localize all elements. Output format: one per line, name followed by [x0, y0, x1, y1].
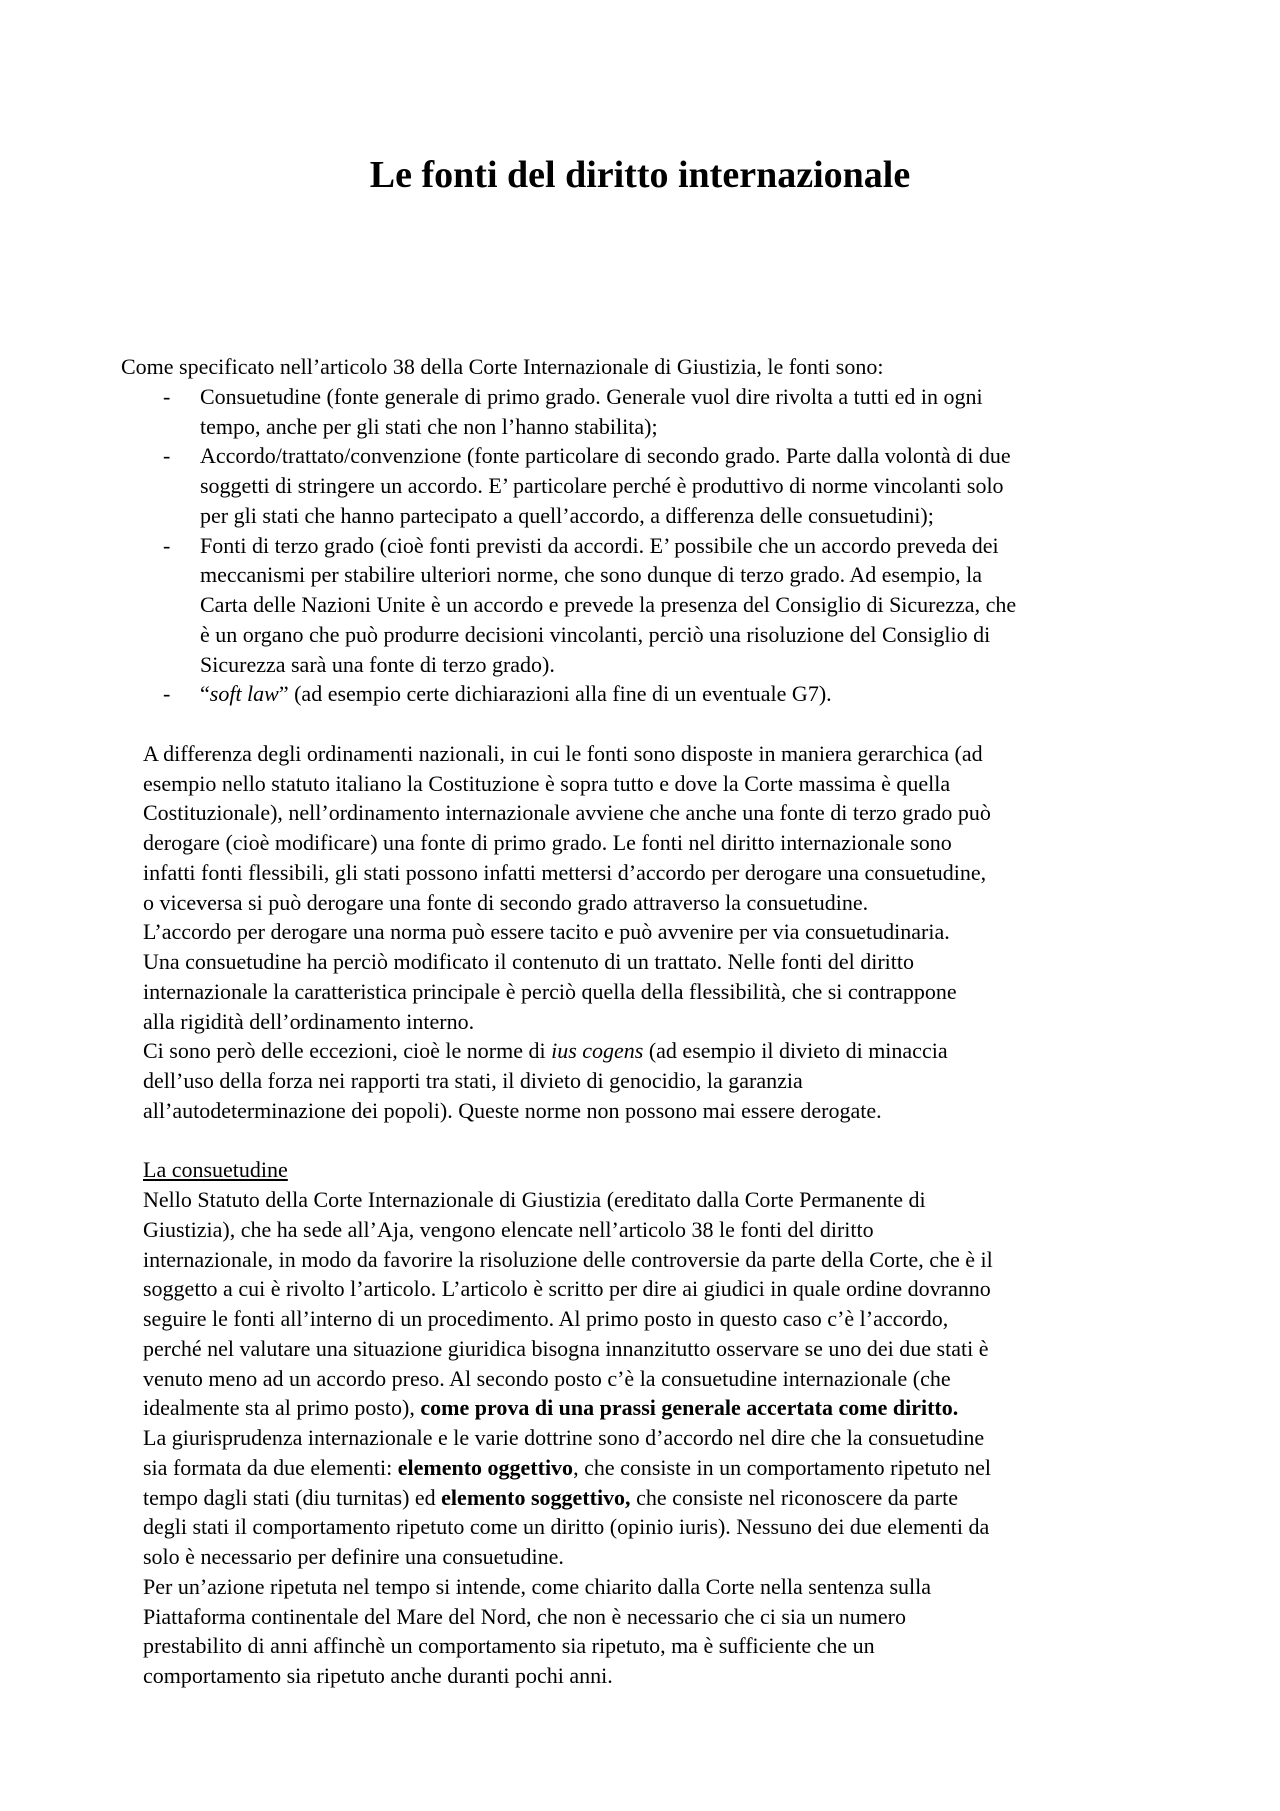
list-item-line: -Accordo/trattato/convenzione (fonte par… [200, 441, 1159, 471]
text-segment: elemento soggettivo, [441, 1485, 630, 1510]
text-line: Giustizia), che ha sede all’Aja, vengono… [143, 1215, 1159, 1245]
text-segment: Per un’azione ripetuta nel tempo si inte… [143, 1574, 931, 1599]
text-segment: soft law [210, 681, 279, 706]
text-segment: internazionale, in modo da favorire la r… [143, 1247, 993, 1272]
document-page: Le fonti del diritto internazionale Come… [0, 0, 1280, 1811]
text-line: seguire le fonti all’interno di un proce… [143, 1304, 1159, 1334]
text-segment: sia formata da due elementi: [143, 1455, 398, 1480]
text-segment: A differenza degli ordinamenti nazionali… [143, 741, 983, 766]
list-dash-marker: - [163, 441, 170, 471]
text-segment: Una consuetudine ha perciò modificato il… [143, 949, 914, 974]
list-item-line: -“soft law” (ad esempio certe dichiarazi… [200, 679, 1159, 709]
text-line: tempo dagli stati (diu turnitas) ed elem… [143, 1483, 1159, 1513]
text-line: Come specificato nell’articolo 38 della … [121, 352, 1159, 382]
text-segment: meccanismi per stabilire ulteriori norme… [200, 562, 982, 587]
text-line: Costituzionale), nell’ordinamento intern… [143, 798, 1159, 828]
text-segment: internazionale la caratteristica princip… [143, 979, 957, 1004]
text-line: solo è necessario per definire una consu… [143, 1542, 1159, 1572]
list-item-line: -Consuetudine (fonte generale di primo g… [200, 382, 1159, 412]
text-segment: (ad esempio il divieto di minaccia [643, 1038, 947, 1063]
text-line: derogare (cioè modificare) una fonte di … [143, 828, 1159, 858]
text-segment: L’accordo per derogare una norma può ess… [143, 919, 950, 944]
text-segment: Come specificato nell’articolo 38 della … [121, 354, 883, 379]
text-segment: Sicurezza sarà una fonte di terzo grado)… [200, 652, 555, 677]
text-segment: per gli stati che hanno partecipato a qu… [200, 503, 934, 528]
text-line: comportamento sia ripetuto anche duranti… [143, 1661, 1159, 1691]
text-segment: all’autodeterminazione dei popoli). Ques… [143, 1098, 882, 1123]
list-item-line: Carta delle Nazioni Unite è un accordo e… [200, 590, 1159, 620]
text-segment: tempo, anche per gli stati che non l’han… [200, 414, 658, 439]
text-line: L’accordo per derogare una norma può ess… [143, 917, 1159, 947]
text-segment: Piattaforma continentale del Mare del No… [143, 1604, 906, 1629]
text-segment: dell’uso della forza nei rapporti tra st… [143, 1068, 803, 1093]
text-segment: La giurisprudenza internazionale e le va… [143, 1425, 984, 1450]
text-line: sia formata da due elementi: elemento og… [143, 1453, 1159, 1483]
text-segment: degli stati il comportamento ripetuto co… [143, 1514, 989, 1539]
text-segment: “ [200, 681, 210, 706]
text-line: Ci sono però delle eccezioni, cioè le no… [143, 1036, 1159, 1066]
text-segment: solo è necessario per definire una consu… [143, 1544, 564, 1569]
text-line: o viceversa si può derogare una fonte di… [143, 888, 1159, 918]
text-segment: Fonti di terzo grado (cioè fonti previst… [200, 533, 999, 558]
text-line: Nello Statuto della Corte Internazionale… [143, 1185, 1159, 1215]
text-segment: comportamento sia ripetuto anche duranti… [143, 1663, 613, 1688]
text-line: alla rigidità dell’ordinamento interno. [143, 1007, 1159, 1037]
document-title: Le fonti del diritto internazionale [121, 152, 1159, 198]
text-segment: Costituzionale), nell’ordinamento intern… [143, 800, 991, 825]
text-line: dell’uso della forza nei rapporti tra st… [143, 1066, 1159, 1096]
text-line: all’autodeterminazione dei popoli). Ques… [143, 1096, 1159, 1126]
list-item-line: per gli stati che hanno partecipato a qu… [200, 501, 1159, 531]
text-line: Per un’azione ripetuta nel tempo si inte… [143, 1572, 1159, 1602]
text-segment: Giustizia), che ha sede all’Aja, vengono… [143, 1217, 874, 1242]
blank-line [121, 709, 1159, 739]
text-line: internazionale, in modo da favorire la r… [143, 1245, 1159, 1275]
blank-line [121, 1126, 1159, 1156]
text-segment: , che consiste in un comportamento ripet… [573, 1455, 991, 1480]
text-segment: Carta delle Nazioni Unite è un accordo e… [200, 592, 1016, 617]
text-segment: idealmente sta al primo posto), [143, 1395, 420, 1420]
document-body: Come specificato nell’articolo 38 della … [121, 352, 1159, 1691]
text-segment: come prova di una prassi generale accert… [420, 1395, 958, 1420]
text-segment: perché nel valutare una situazione giuri… [143, 1336, 989, 1361]
text-segment: Accordo/trattato/convenzione (fonte part… [200, 443, 1011, 468]
list-dash-marker: - [163, 531, 170, 561]
text-segment: è un organo che può produrre decisioni v… [200, 622, 990, 647]
text-line: degli stati il comportamento ripetuto co… [143, 1512, 1159, 1542]
text-line: infatti fonti flessibili, gli stati poss… [143, 858, 1159, 888]
list-dash-marker: - [163, 679, 170, 709]
text-segment: o viceversa si può derogare una fonte di… [143, 890, 868, 915]
text-segment: elemento oggettivo [398, 1455, 573, 1480]
text-segment: prestabilito di anni affinchè un comport… [143, 1633, 875, 1658]
text-segment: La consuetudine [143, 1157, 288, 1182]
text-segment: derogare (cioè modificare) una fonte di … [143, 830, 952, 855]
text-segment: alla rigidità dell’ordinamento interno. [143, 1009, 474, 1034]
text-segment: seguire le fonti all’interno di un proce… [143, 1306, 948, 1331]
text-line: idealmente sta al primo posto), come pro… [143, 1393, 1159, 1423]
text-line: venuto meno ad un accordo preso. Al seco… [143, 1364, 1159, 1394]
text-segment: soggetti di stringere un accordo. E’ par… [200, 473, 1004, 498]
text-segment: infatti fonti flessibili, gli stati poss… [143, 860, 986, 885]
text-segment: esempio nello statuto italiano la Costit… [143, 771, 950, 796]
text-line: Piattaforma continentale del Mare del No… [143, 1602, 1159, 1632]
text-segment: tempo dagli stati (diu turnitas) ed [143, 1485, 441, 1510]
text-line: soggetto a cui è rivolto l’articolo. L’a… [143, 1274, 1159, 1304]
list-item-line: -Fonti di terzo grado (cioè fonti previs… [200, 531, 1159, 561]
text-segment: Nello Statuto della Corte Internazionale… [143, 1187, 926, 1212]
text-line: A differenza degli ordinamenti nazionali… [143, 739, 1159, 769]
section-heading: La consuetudine [143, 1155, 1159, 1185]
text-segment: che consiste nel riconoscere da parte [631, 1485, 958, 1510]
list-item-line: soggetti di stringere un accordo. E’ par… [200, 471, 1159, 501]
list-item-line: Sicurezza sarà una fonte di terzo grado)… [200, 650, 1159, 680]
list-item-line: tempo, anche per gli stati che non l’han… [200, 412, 1159, 442]
text-segment: ius cogens [551, 1038, 643, 1063]
list-dash-marker: - [163, 382, 170, 412]
text-line: perché nel valutare una situazione giuri… [143, 1334, 1159, 1364]
text-line: Una consuetudine ha perciò modificato il… [143, 947, 1159, 977]
text-segment: Consuetudine (fonte generale di primo gr… [200, 384, 983, 409]
list-item-line: meccanismi per stabilire ulteriori norme… [200, 560, 1159, 590]
text-line: La giurisprudenza internazionale e le va… [143, 1423, 1159, 1453]
list-item-line: è un organo che può produrre decisioni v… [200, 620, 1159, 650]
text-segment: soggetto a cui è rivolto l’articolo. L’a… [143, 1276, 991, 1301]
text-line: prestabilito di anni affinchè un comport… [143, 1631, 1159, 1661]
text-line: internazionale la caratteristica princip… [143, 977, 1159, 1007]
text-segment: venuto meno ad un accordo preso. Al seco… [143, 1366, 951, 1391]
text-segment: Ci sono però delle eccezioni, cioè le no… [143, 1038, 551, 1063]
text-line: esempio nello statuto italiano la Costit… [143, 769, 1159, 799]
text-segment: ” (ad esempio certe dichiarazioni alla f… [279, 681, 832, 706]
